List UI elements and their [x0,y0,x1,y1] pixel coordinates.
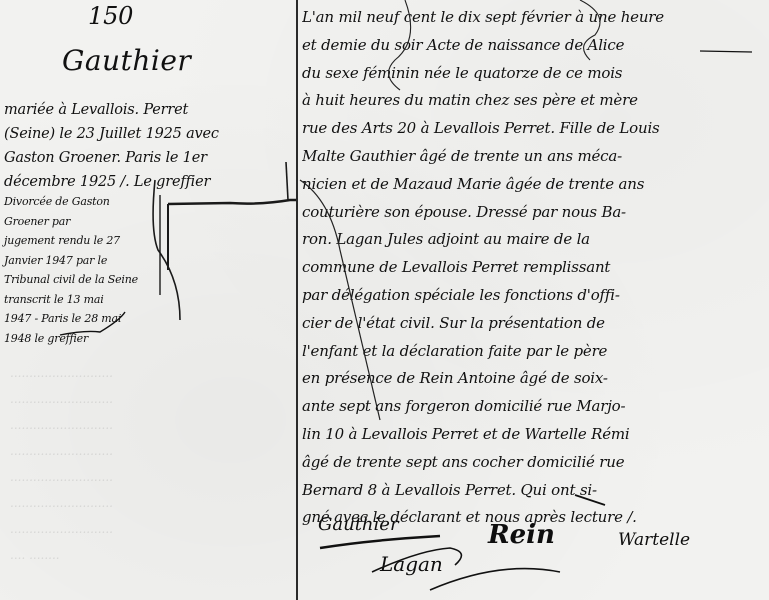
act-text-line: ron. Lagan Jules adjoint au maire de la [302,226,764,254]
act-text-line: rue des Arts 20 à Levallois Perret. Fill… [302,115,764,143]
act-text-line: du sexe féminin née le quatorze de ce mo… [302,60,764,88]
divorce-annotation-line: 1947 - Paris le 28 mai [4,309,154,329]
marriage-annotation-line: mariée à Levallois. Perret [4,98,286,122]
act-body: L'an mil neuf cent le dix sept février à… [302,4,764,532]
divorce-annotation-line: transcrit le 13 mai [4,290,154,310]
bleed-line: ........................... [10,412,280,438]
act-text-line: ante sept ans forgeron domicilié rue Mar… [302,393,764,421]
act-text-line: Malte Gauthier âgé de trente un ans méca… [302,143,764,171]
act-text-line: nicien et de Mazaud Marie âgée de trente… [302,171,764,199]
divorce-annotation: Divorcée de Gaston Groener par jugement … [4,192,154,348]
marriage-annotation: mariée à Levallois. Perret (Seine) le 23… [4,98,286,194]
divorce-annotation-line: Groener par [4,212,154,232]
signature-witness-wartelle: Wartelle [618,530,690,550]
bleed-line: ........................... [10,360,280,386]
act-text-line: cier de l'état civil. Sur la présentatio… [302,310,764,338]
bleed-line: .... ........ [10,542,280,568]
civil-record-page: 150 Gauthier mariée à Levallois. Perret … [0,0,769,600]
act-text-line: par délégation spéciale les fonctions d'… [302,282,764,310]
marriage-annotation-line: décembre 1925 /. Le greffier [4,170,286,194]
marriage-annotation-line: Gaston Groener. Paris le 1er [4,146,286,170]
act-text-line: couturière son épouse. Dressé par nous B… [302,199,764,227]
act-text-line: commune de Levallois Perret remplissant [302,254,764,282]
act-text-line: l'enfant et la déclaration faite par le … [302,338,764,366]
act-text-line: et demie du soir Acte de naissance de Al… [302,32,764,60]
marriage-annotation-line: (Seine) le 23 Juillet 1925 avec [4,122,286,146]
divorce-annotation-line: Janvier 1947 par le [4,251,154,271]
act-text-line: à huit heures du matin chez ses père et … [302,87,764,115]
surname-heading: Gauthier [62,44,191,77]
divorce-annotation-line: Divorcée de Gaston [4,192,154,212]
bleed-through-text: ........................... ............… [10,360,280,568]
act-text-line: en présence de Rein Antoine âgé de soix- [302,365,764,393]
bleed-line: ........................... [10,464,280,490]
divorce-annotation-line: jugement rendu le 27 [4,231,154,251]
signature-father: Gauthier [318,514,399,535]
act-text-line: âgé de trente sept ans cocher domicilié … [302,449,764,477]
signature-block: Gauthier Rein Wartelle Lagan [300,500,769,600]
act-text-line: L'an mil neuf cent le dix sept février à… [302,4,764,32]
signature-witness-rein: Rein [488,520,555,550]
divorce-annotation-line: 1948 le greffier [4,329,154,349]
column-divider-rule [296,0,298,600]
act-number: 150 [88,2,133,30]
divorce-annotation-line: Tribunal civil de la Seine [4,270,154,290]
bleed-line: ........................... [10,490,280,516]
bleed-line: ........................... [10,516,280,542]
bleed-line: ........................... [10,438,280,464]
signature-officer: Lagan [380,552,443,576]
bleed-line: ........................... [10,386,280,412]
act-text-line: lin 10 à Levallois Perret et de Wartelle… [302,421,764,449]
margin-column: 150 Gauthier mariée à Levallois. Perret … [0,0,296,600]
